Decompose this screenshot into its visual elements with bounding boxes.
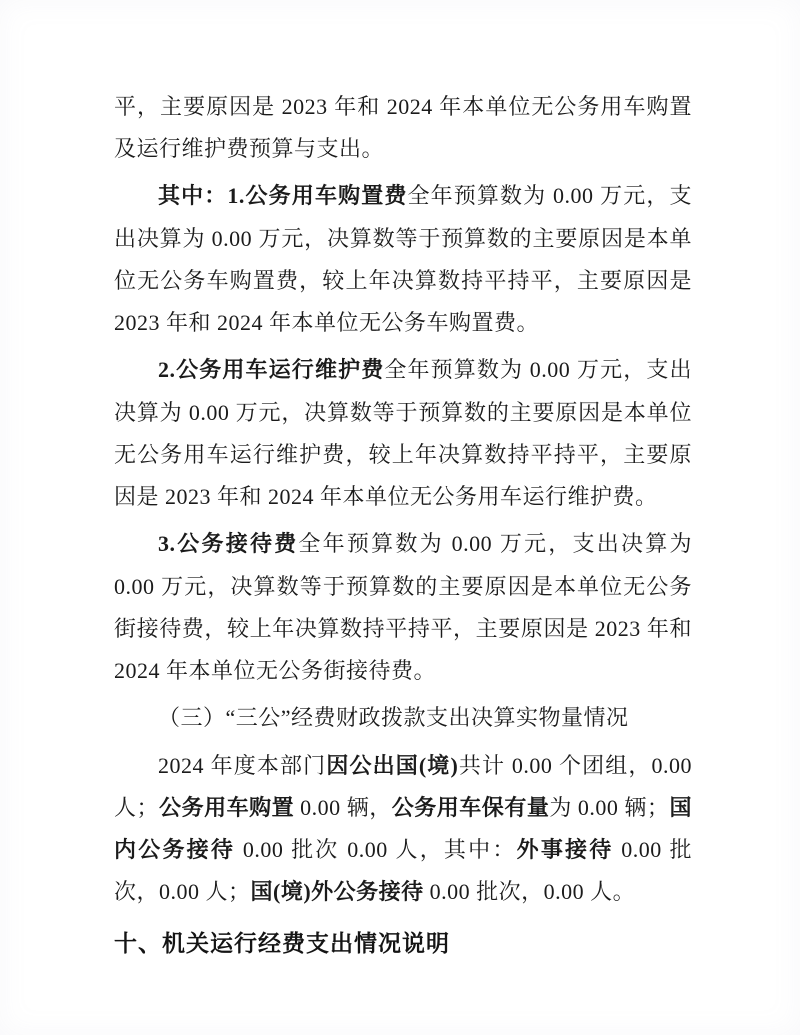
bold-text-run: 国(境)外公务接待	[251, 879, 424, 904]
bold-text-run: 其中：1.公务用车购置费	[158, 183, 408, 208]
paragraph-1: 平，主要原因是 2023 年和 2024 年本单位无公务用车购置及运行维护费预算…	[114, 86, 692, 170]
bold-text-run: 公务用车保有量	[392, 795, 550, 820]
bold-text-run: 2.公务用车运行维护费	[158, 357, 384, 382]
document-page: 平，主要原因是 2023 年和 2024 年本单位无公务用车购置及运行维护费预算…	[0, 0, 800, 1035]
bold-text-run: 公务用车购置	[159, 795, 294, 820]
text-run: 0.00 辆，	[294, 795, 392, 820]
document-body: 平，主要原因是 2023 年和 2024 年本单位无公务用车购置及运行维护费预算…	[114, 86, 692, 913]
paragraph-4: 3.公务接待费全年预算数为 0.00 万元，支出决算为 0.00 万元，决算数等…	[114, 523, 692, 692]
paragraph-6: 2024 年度本部门因公出国(境)共计 0.00 个团组，0.00 人；公务用车…	[114, 745, 692, 914]
text-run: 2024 年度本部门	[158, 753, 326, 778]
bold-text-run: 外事接待	[517, 837, 614, 862]
bold-text-run: 3.公务接待费	[158, 531, 298, 556]
text-run: 平，主要原因是 2023 年和 2024 年本单位无公务用车购置及运行维护费预算…	[114, 94, 692, 161]
section-heading: 十、机关运行经费支出情况说明	[114, 925, 692, 958]
paragraph-2: 其中：1.公务用车购置费全年预算数为 0.00 万元，支出决算为 0.00 万元…	[114, 175, 692, 344]
text-run: （三）“三公”经费财政拨款支出决算实物量情况	[158, 705, 629, 730]
text-run: 0.00 批次，0.00 人。	[424, 879, 636, 904]
paragraph-3: 2.公务用车运行维护费全年预算数为 0.00 万元，支出决算为 0.00 万元，…	[114, 349, 692, 518]
text-run: 0.00 批次 0.00 人，其中：	[235, 837, 516, 862]
text-run: 为 0.00 辆；	[549, 795, 669, 820]
bold-text-run: 因公出国(境)	[326, 753, 458, 778]
paragraph-5: （三）“三公”经费财政拨款支出决算实物量情况	[114, 697, 692, 739]
